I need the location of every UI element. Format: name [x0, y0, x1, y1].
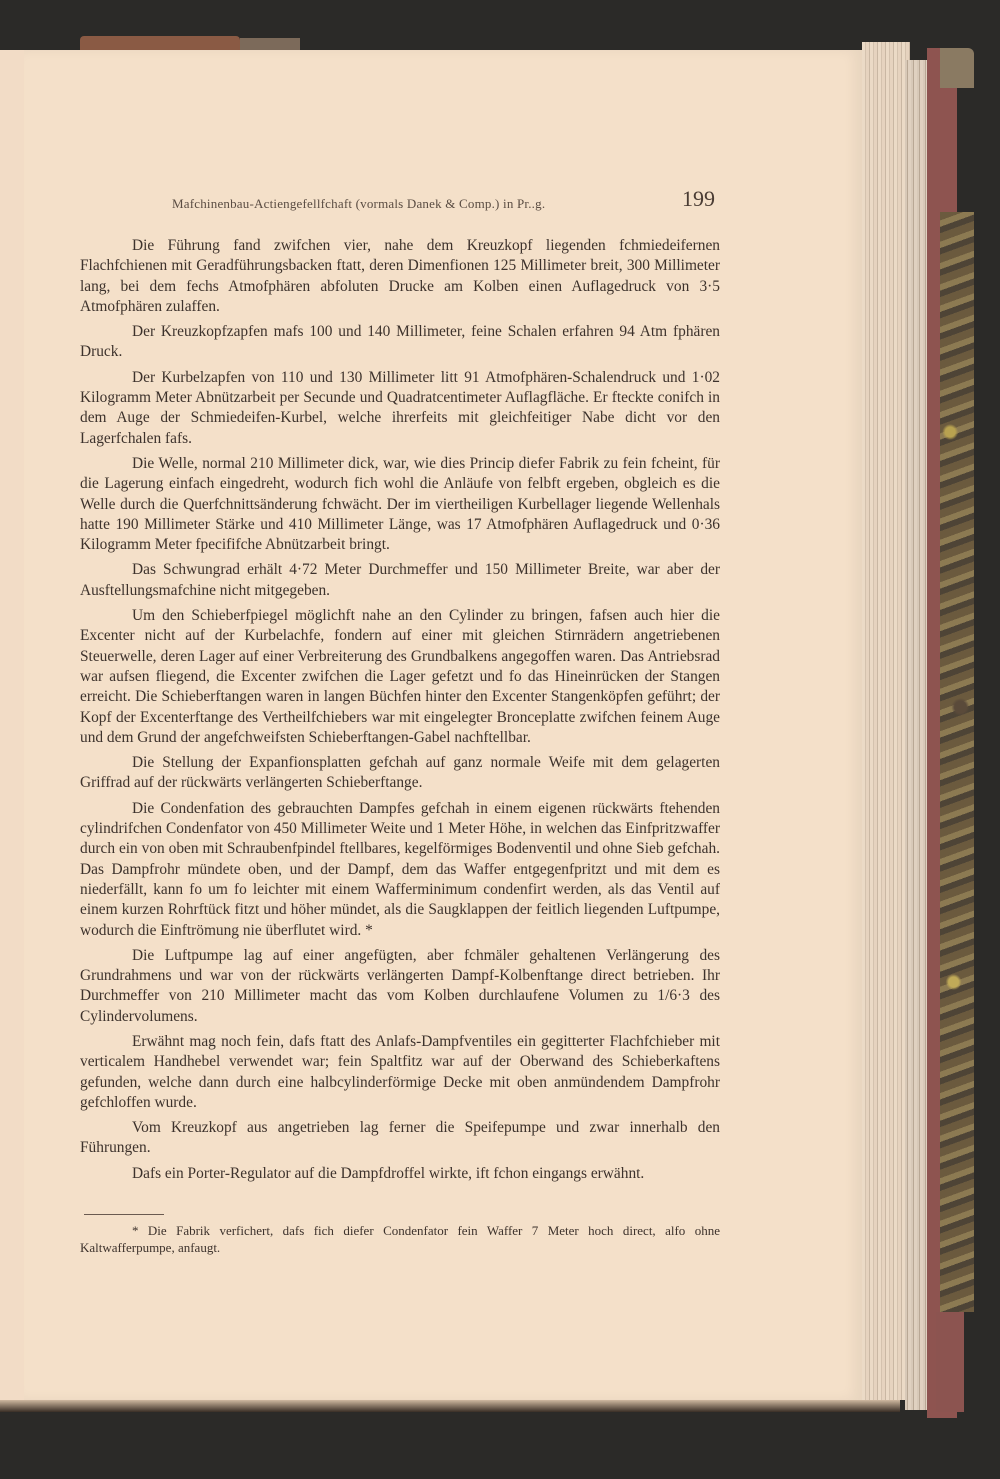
- book-spine: [936, 1312, 964, 1412]
- paragraph: Die Luftpumpe lag auf einer angefügten, …: [80, 946, 720, 1027]
- page-number: 199: [682, 186, 715, 212]
- paragraph: Die Stellung der Expanfionsplatten gefch…: [80, 753, 720, 794]
- paragraph: Die Condenfation des gebrauchten Dampfes…: [80, 799, 720, 941]
- paragraph: Das Schwungrad erhält 4·72 Meter Durchme…: [80, 560, 720, 601]
- page-stack-edges: [905, 60, 927, 1410]
- paragraph: Der Kreuzkopfzapfen mafs 100 und 140 Mil…: [80, 322, 720, 363]
- paragraph: Dafs ein Porter-Regulator auf die Dampfd…: [80, 1164, 720, 1184]
- paragraph: Der Kurbelzapfen von 110 und 130 Millime…: [80, 368, 720, 449]
- running-head: Mafchinenbau-Actiengefellfchaft (vormals…: [172, 196, 732, 212]
- paragraph: Vom Kreuzkopf aus angetrieben lag ferner…: [80, 1118, 720, 1159]
- marbled-cover: [940, 48, 974, 88]
- footnote-text: * Die Fabrik verfichert, dafs fich diefe…: [80, 1222, 720, 1256]
- page-bottom-edge: [0, 1400, 900, 1412]
- paragraph: Die Welle, normal 210 Millimeter dick, w…: [80, 454, 720, 555]
- previous-page-edge: [0, 50, 25, 1400]
- paragraph: Um den Schieberfpiegel möglichft nahe an…: [80, 606, 720, 748]
- footnote-divider: [84, 1214, 164, 1215]
- paragraph: Die Führung fand zwifchen vier, nahe dem…: [80, 236, 720, 317]
- marbled-cover: [940, 212, 974, 1312]
- body-text: Die Führung fand zwifchen vier, nahe dem…: [80, 236, 720, 1189]
- paragraph: Erwähnt mag noch fein, dafs ftatt des An…: [80, 1032, 720, 1113]
- page-stack-edges: [862, 42, 910, 1400]
- footnote: * Die Fabrik verfichert, dafs fich diefe…: [80, 1222, 720, 1256]
